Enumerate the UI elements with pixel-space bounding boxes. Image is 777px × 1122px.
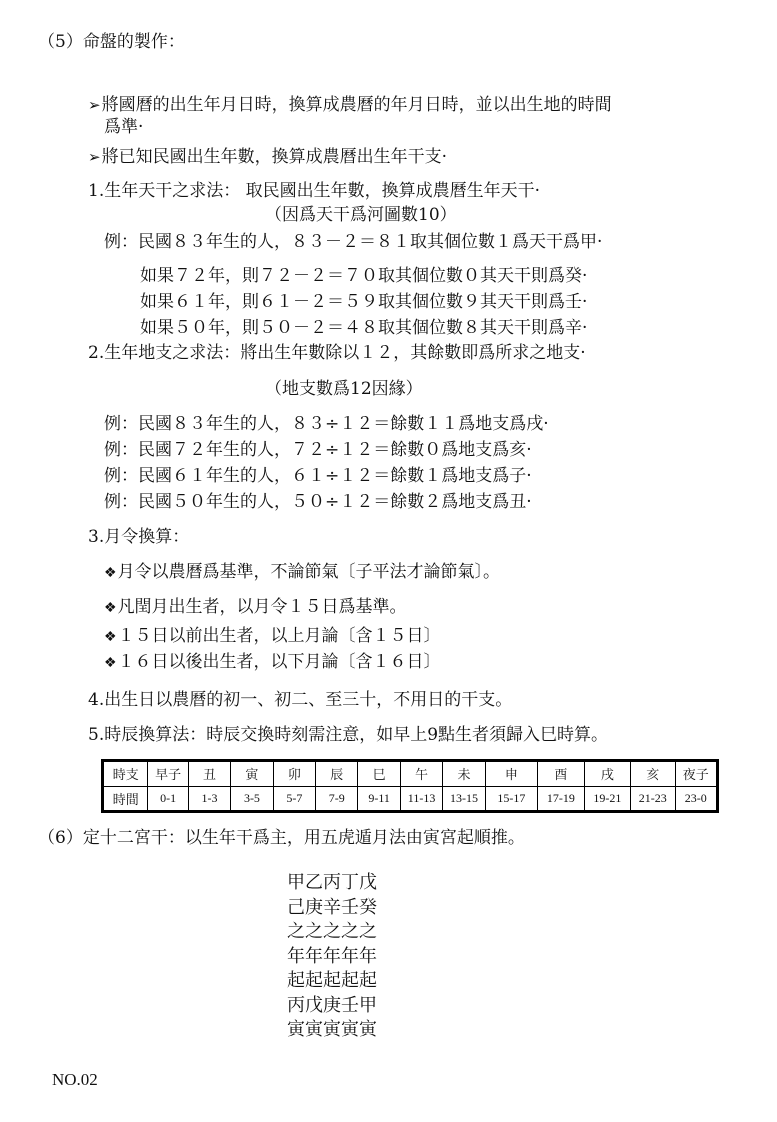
table-cell: 午 [400, 761, 442, 787]
item1-note: （因爲天干爲河圖數10） [265, 204, 457, 226]
table-cell: 辰 [316, 761, 358, 787]
table-cell: 早子 [148, 761, 188, 787]
shichen-table: 時支 早子 丑 寅 卯 辰 巳 午 未 申 酉 戌 亥 夜子 時間 0-1 1-… [101, 759, 719, 813]
item4: 4.出生日以農曆的初一、初二、至三十，不用日的干支。 [88, 689, 512, 711]
item3-bullet-text: １６日以後出生者，以下月論〔含１６日〕 [118, 652, 441, 672]
item3-bullet: ❖１６日以後出生者，以下月論〔含１６日〕 [104, 651, 441, 674]
bullet-1-text: 將國曆的出生年月日時，換算成農曆的年月日時，並以出生地的時間 [102, 95, 612, 115]
arrow-bullet-icon: ➢ [88, 96, 101, 114]
grid-row: 之之之之之 [287, 920, 377, 945]
diamond-bullet-icon: ❖ [104, 629, 117, 645]
table-cell: 3-5 [231, 786, 273, 812]
item3-bullet: ❖凡閏月出生者，以月令１５日爲基準。 [104, 596, 407, 619]
grid-row: 己庚辛壬癸 [287, 896, 377, 921]
item3-bullet: ❖月令以農曆爲基準，不論節氣〔子平法才論節氣〕。 [104, 561, 500, 584]
table-row: 時支 早子 丑 寅 卯 辰 巳 午 未 申 酉 戌 亥 夜子 [103, 761, 718, 787]
table-cell: 15-17 [485, 786, 538, 812]
table-cell: 1-3 [188, 786, 230, 812]
grid-row: 丙戊庚壬甲 [287, 994, 377, 1019]
table-cell: 5-7 [273, 786, 315, 812]
table-cell: 時支 [103, 761, 148, 787]
bullet-1-continuation: 爲準· [104, 116, 143, 138]
table-cell: 17-19 [538, 786, 584, 812]
item2-note: （地支數爲12因緣） [265, 378, 423, 400]
table-cell: 23-0 [675, 786, 718, 812]
table-cell: 寅 [231, 761, 273, 787]
bullet-2: ➢將已知民國出生年數，換算成農曆出生年干支· [88, 146, 447, 168]
table-cell: 巳 [358, 761, 400, 787]
grid-row: 寅寅寅寅寅 [287, 1018, 377, 1043]
arrow-bullet-icon: ➢ [88, 148, 101, 166]
item2-title: 2.生年地支之求法：將出生年數除以１２，其餘數即爲所求之地支· [88, 342, 586, 364]
table-cell: 夜子 [675, 761, 718, 787]
grid-row: 起起起起起 [287, 969, 377, 994]
table-cell: 19-21 [584, 786, 630, 812]
item1-title: 1.生年天干之求法： 取民國出生年數，換算成農曆生年天干· [88, 180, 540, 202]
table-cell: 申 [485, 761, 538, 787]
diamond-bullet-icon: ❖ [104, 600, 117, 616]
item2-example: 例：民國８３年生的人，８３÷１２＝餘數１１爲地支爲戌· [104, 413, 549, 435]
table-cell: 13-15 [443, 786, 485, 812]
table-cell: 丑 [188, 761, 230, 787]
table-cell: 酉 [538, 761, 584, 787]
table-cell: 卯 [273, 761, 315, 787]
table-cell: 戌 [584, 761, 630, 787]
item1-case: 如果７２年，則７２－２＝７０取其個位數０其天干則爲癸· [140, 265, 587, 287]
diamond-bullet-icon: ❖ [104, 655, 117, 671]
grid-row: 年年年年年 [287, 945, 377, 970]
diamond-bullet-icon: ❖ [104, 565, 117, 581]
table-cell: 未 [443, 761, 485, 787]
item3-bullet-text: 凡閏月出生者，以月令１５日爲基準。 [118, 597, 407, 617]
item5: 5.時辰換算法：時辰交換時刻需注意，如早上9點生者須歸入巳時算。 [88, 724, 608, 746]
item1-case: 如果６１年，則６１－２＝５９取其個位數９其天干則爲壬· [140, 291, 587, 313]
table-row: 時間 0-1 1-3 3-5 5-7 7-9 9-11 11-13 13-15 … [103, 786, 718, 812]
item1-example: 例：民國８３年生的人，８３－２＝８１取其個位數１爲天干爲甲· [104, 231, 602, 253]
table-cell: 9-11 [358, 786, 400, 812]
item3-bullet-text: １５日以前出生者，以上月論〔含１５日〕 [118, 626, 441, 646]
item2-example: 例：民國７２年生的人，７２÷１２＝餘數０爲地支爲亥· [104, 439, 532, 461]
table-cell: 時間 [103, 786, 148, 812]
section5-heading: （5）命盤的製作： [38, 31, 185, 53]
five-tigers-grid: 甲乙丙丁戊 己庚辛壬癸 之之之之之 年年年年年 起起起起起 丙戊庚壬甲 寅寅寅寅… [287, 871, 377, 1043]
section6-heading: （6）定十二宮干：以生年干爲主，用五虎遁月法由寅宮起順推。 [38, 827, 525, 849]
bullet-1: ➢將國曆的出生年月日時，換算成農曆的年月日時，並以出生地的時間 [88, 94, 612, 116]
item2-example: 例：民國５０年生的人，５０÷１２＝餘數２爲地支爲丑· [104, 491, 532, 513]
table-cell: 亥 [631, 761, 675, 787]
item3-title: 3.月令換算： [88, 526, 189, 548]
table-cell: 21-23 [631, 786, 675, 812]
table-cell: 11-13 [400, 786, 442, 812]
table-cell: 0-1 [148, 786, 188, 812]
table-cell: 7-9 [316, 786, 358, 812]
item1-case: 如果５０年，則５０－２＝４８取其個位數８其天干則爲辛· [140, 317, 587, 339]
page-number: NO.02 [52, 1070, 98, 1090]
item3-bullet: ❖１５日以前出生者，以上月論〔含１５日〕 [104, 625, 441, 648]
grid-row: 甲乙丙丁戊 [287, 871, 377, 896]
item3-bullet-text: 月令以農曆爲基準，不論節氣〔子平法才論節氣〕。 [118, 562, 501, 582]
item2-example: 例：民國６１年生的人，６１÷１２＝餘數１爲地支爲子· [104, 465, 532, 487]
bullet-2-text: 將已知民國出生年數，換算成農曆出生年干支· [102, 147, 447, 167]
